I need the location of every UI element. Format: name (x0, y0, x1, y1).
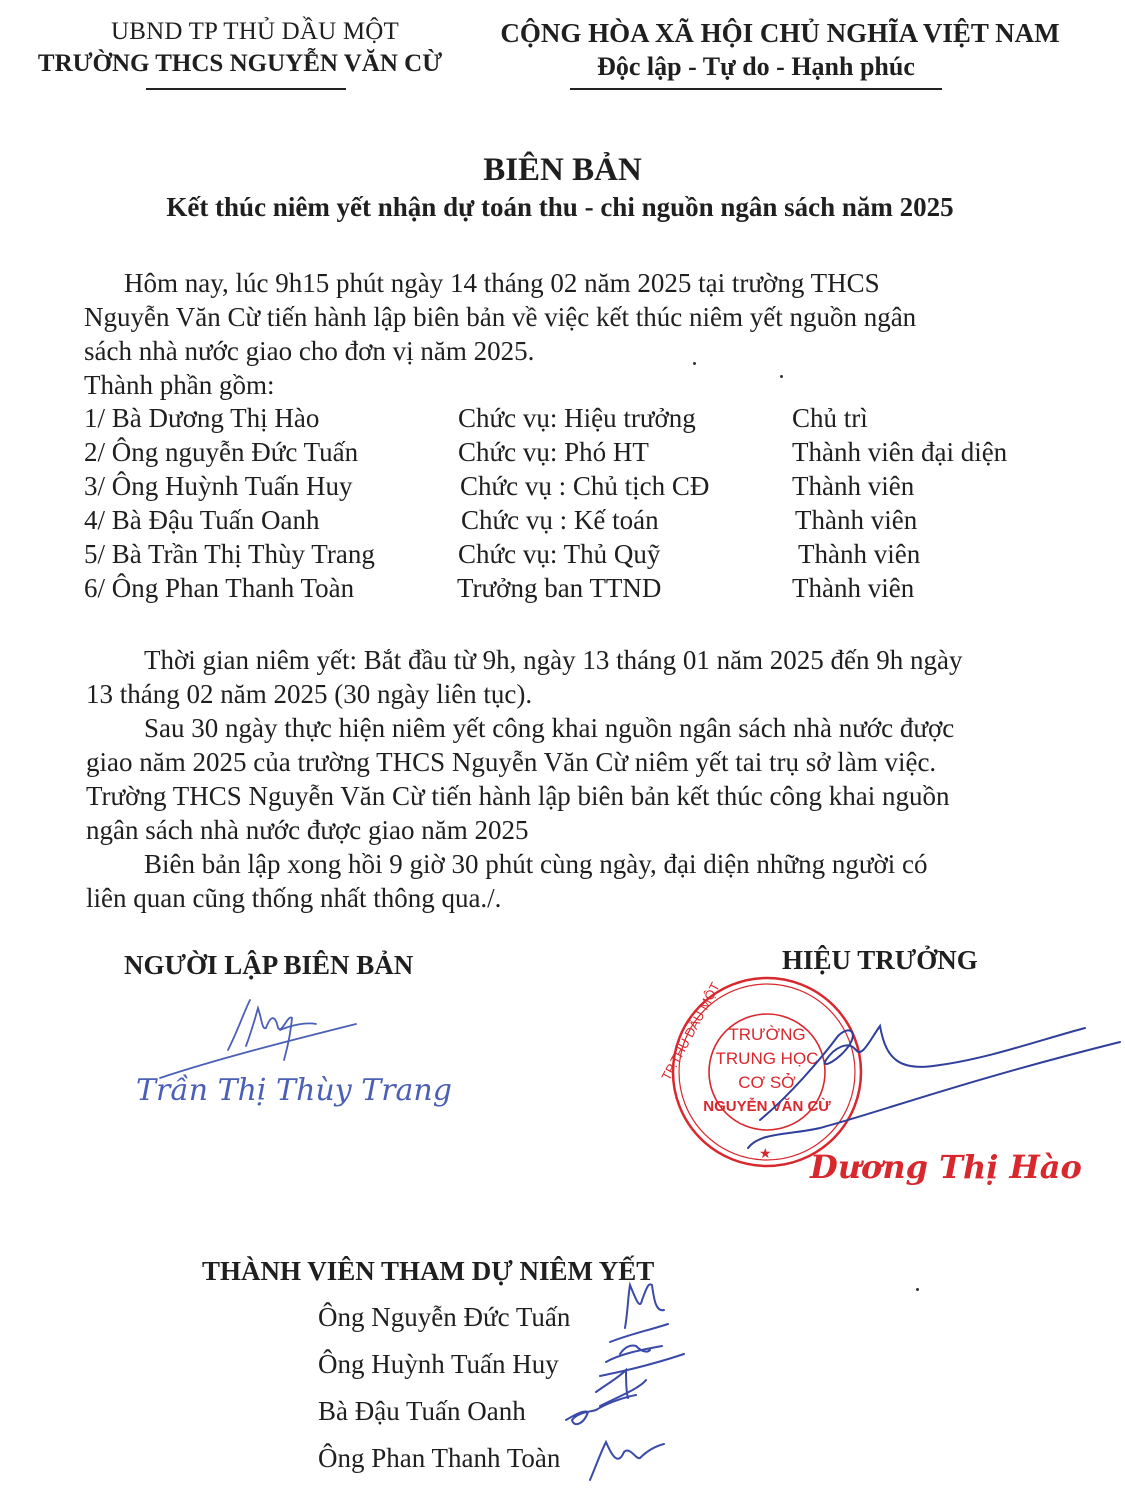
svg-text:NGUYỄN VĂN CỪ: NGUYỄN VĂN CỪ (703, 1097, 831, 1115)
stamp-text: TRƯỜNG TRUNG HỌC CƠ SỞ NGUYỄN VĂN CỪ TP.… (658, 980, 831, 1161)
principal-signature-icon (748, 1026, 1120, 1148)
scan-speck (780, 375, 783, 378)
svg-text:TRƯỜNG: TRƯỜNG (728, 1025, 805, 1044)
member-signatures-icon (566, 1284, 684, 1480)
svg-text:TP.THỦ DẦU MỘT: TP.THỦ DẦU MỘT (658, 980, 722, 1083)
attending-member: Ông Phan Thanh Toàn (318, 1443, 560, 1474)
attending-member: Ông Huỳnh Tuấn Huy (318, 1349, 559, 1380)
svg-text:★: ★ (759, 1145, 772, 1161)
preparer-signature-icon (160, 1000, 356, 1078)
svg-text:TRUNG HỌC: TRUNG HỌC (716, 1049, 819, 1068)
principal-signature-name: Dương Thị Hào (810, 1148, 1082, 1186)
preparer-signature-name: Trần Thị Thùy Trang (136, 1073, 452, 1108)
attending-members-title: THÀNH VIÊN THAM DỰ NIÊM YẾT (202, 1256, 654, 1287)
attending-member: Ông Nguyễn Đức Tuấn (318, 1302, 570, 1333)
scan-speck (693, 362, 696, 365)
attending-member: Bà Đậu Tuấn Oanh (318, 1396, 526, 1427)
svg-text:CƠ SỞ: CƠ SỞ (738, 1073, 796, 1092)
scan-speck (916, 1288, 919, 1291)
